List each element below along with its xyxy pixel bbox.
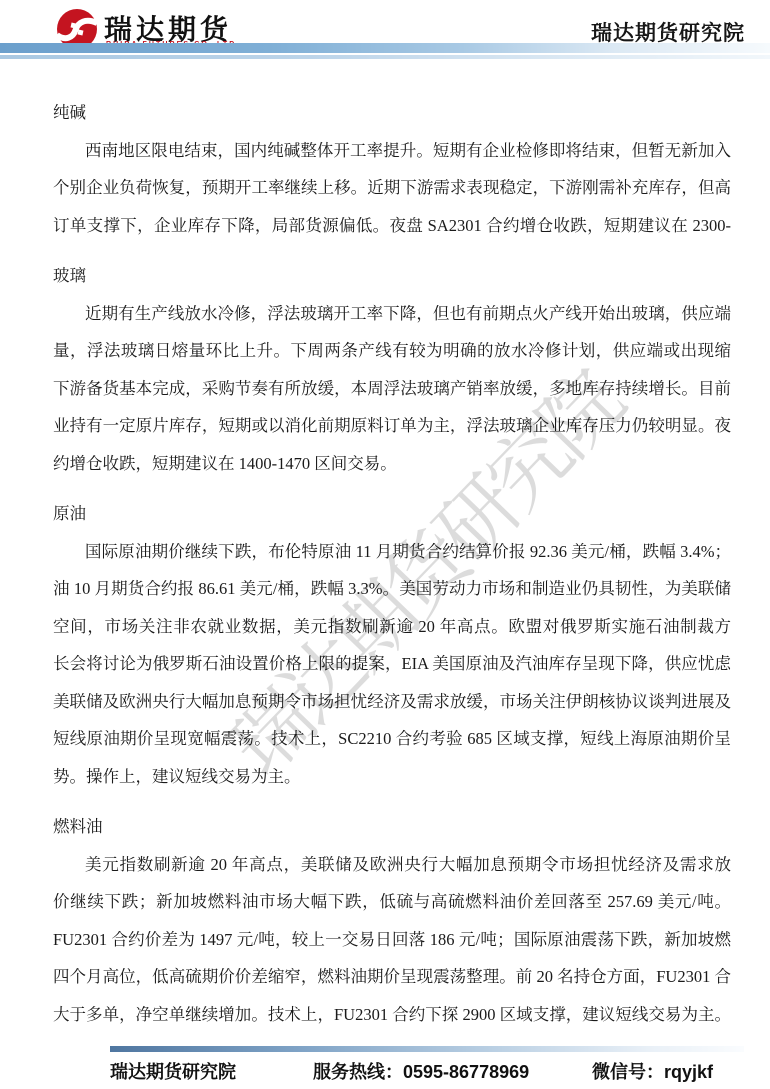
paragraph-line: 短线原油期价呈现宽幅震荡。技术上，SC2210 合约考验 685 区域支撑，短线… (53, 720, 731, 758)
footer-divider (110, 1046, 744, 1052)
footer: 瑞达期货研究院 服务热线：0595-86778969 微信号：rqyjkf (0, 1058, 770, 1086)
paragraph-line: 国际原油期价继续下跌，布伦特原油 11 月期货合约结算价报 92.36 美元/桶… (53, 533, 731, 571)
paragraph-line: 美联储及欧洲央行大幅加息预期令市场担忧经济及需求放缓，市场关注伊朗核协议谈判进展… (53, 683, 731, 721)
paragraph-line: 下游备货基本完成，采购节奏有所放缓，本周浮法玻璃产销率放缓，多地库存持续增长。目… (53, 370, 731, 408)
paragraph-line: 量，浮法玻璃日熔量环比上升。下周两条产线有较为明确的放水冷修计划，供应端或出现缩… (53, 332, 731, 370)
footer-hotline-number: 0595-86778969 (403, 1062, 529, 1082)
paragraph-line: 长会将讨论为俄罗斯石油设置价格上限的提案，EIA 美国原油及汽油库存呈现下降，供… (53, 645, 731, 683)
section-title-fuel-oil: 燃料油 (53, 808, 731, 846)
header-divider-sub (0, 55, 770, 59)
paragraph-line: 业持有一定原片库存，短期或以消化前期原料订单为主，浮法玻璃企业库存压力仍较明显。… (53, 407, 731, 445)
header-divider-main (0, 43, 770, 53)
content: 纯碱西南地区限电结束，国内纯碱整体开工率提升。短期有企业检修即将结束，但暂无新加… (53, 94, 731, 1033)
paragraph-line: 订单支撑下，企业库存下降，局部货源偏低。夜盘 SA2301 合约增仓收跌，短期建… (53, 207, 731, 245)
paragraph-line: 空间，市场关注非农就业数据，美元指数刷新逾 20 年高点。欧盟对俄罗斯实施石油制… (53, 608, 731, 646)
section-fuel-oil: 燃料油美元指数刷新逾 20 年高点，美联储及欧洲央行大幅加息预期令市场担忧经济及… (53, 808, 731, 1033)
footer-hotline: 服务热线：0595-86778969 (313, 1058, 529, 1084)
section-title-glass: 玻璃 (53, 257, 731, 295)
paragraph-line: 价继续下跌；新加坡燃料油市场大幅下跌，低硫与高硫燃料油价差回落至 257.69 … (53, 883, 731, 921)
section-glass: 玻璃近期有生产线放水冷修，浮法玻璃开工率下降，但也有前期点火产线开始出玻璃，供应… (53, 257, 731, 482)
paragraph-line: 美元指数刷新逾 20 年高点，美联储及欧洲央行大幅加息预期令市场担忧经济及需求放… (53, 846, 731, 884)
section-crude-oil: 原油国际原油期价继续下跌，布伦特原油 11 月期货合约结算价报 92.36 美元… (53, 495, 731, 795)
report-page: 瑞达期货 RUIDA FUTURES CO.,LTD. 瑞达期货研究院 瑞达期货… (0, 0, 770, 1089)
section-soda-ash: 纯碱西南地区限电结束，国内纯碱整体开工率提升。短期有企业检修即将结束，但暂无新加… (53, 94, 731, 244)
paragraph-line: FU2301 合约价差为 1497 元/吨，较上一交易日回落 186 元/吨；国… (53, 921, 731, 959)
paragraph-line: 四个月高位，低高硫期价价差缩窄，燃料油期价呈现震荡整理。前 20 名持仓方面，F… (53, 958, 731, 996)
paragraph-line: 西南地区限电结束，国内纯碱整体开工率提升。短期有企业检修即将结束，但暂无新加入检… (53, 132, 731, 170)
footer-wechat-id: rqyjkf (664, 1062, 713, 1082)
paragraph-line: 油 10 月期货合约报 86.61 美元/桶，跌幅 3.3%。美国劳动力市场和制… (53, 570, 731, 608)
paragraph-line: 势。操作上，建议短线交易为主。 (53, 758, 731, 796)
section-title-soda-ash: 纯碱 (53, 94, 731, 132)
paragraph-line: 约增仓收跌，短期建议在 1400-1470 区间交易。 (53, 445, 731, 483)
footer-hotline-label: 服务热线： (313, 1062, 403, 1082)
footer-wechat: 微信号：rqyjkf (592, 1058, 713, 1084)
footer-institute: 瑞达期货研究院 (110, 1058, 236, 1084)
section-title-crude-oil: 原油 (53, 495, 731, 533)
footer-wechat-label: 微信号： (592, 1062, 664, 1082)
paragraph-line: 近期有生产线放水冷修，浮法玻璃开工率下降，但也有前期点火产线开始出玻璃，供应端增… (53, 295, 731, 333)
paragraph-line: 个别企业负荷恢复，预期开工率继续上移。近期下游需求表现稳定，下游刚需补充库存，但… (53, 169, 731, 207)
paragraph-line: 大于多单，净空单继续增加。技术上，FU2301 合约下探 2900 区域支撑，建… (53, 996, 731, 1034)
